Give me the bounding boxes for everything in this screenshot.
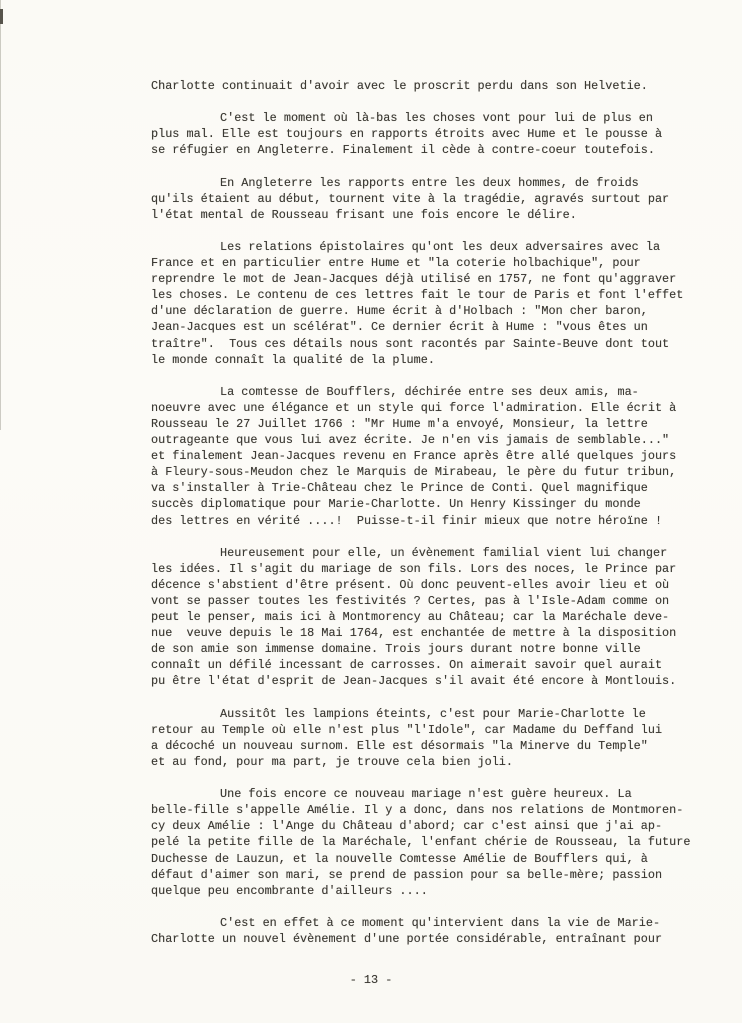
paragraph-continuation: Charlotte continuait d'avoir avec le pro… xyxy=(151,78,726,94)
paragraph: Une fois encore ce nouveau mariage n'est… xyxy=(151,786,726,899)
paragraph: Heureusement pour elle, un évènement fam… xyxy=(151,545,726,690)
scan-edge-artifact xyxy=(0,0,1,430)
paragraph: En Angleterre les rapports entre les deu… xyxy=(151,175,726,223)
paragraph: La comtesse de Boufflers, déchirée entre… xyxy=(151,384,726,529)
paragraph: C'est le moment où là-bas les choses von… xyxy=(151,110,726,158)
scan-corner-mark xyxy=(0,9,3,24)
page-body: Charlotte continuait d'avoir avec le pro… xyxy=(151,78,726,963)
paragraph: Aussitôt les lampions éteints, c'est pou… xyxy=(151,706,726,770)
page-number: - 13 - xyxy=(0,972,742,988)
scanned-page: Charlotte continuait d'avoir avec le pro… xyxy=(0,0,742,1023)
paragraph: Les relations épistolaires qu'ont les de… xyxy=(151,239,726,368)
paragraph: C'est en effet à ce moment qu'intervient… xyxy=(151,915,726,947)
